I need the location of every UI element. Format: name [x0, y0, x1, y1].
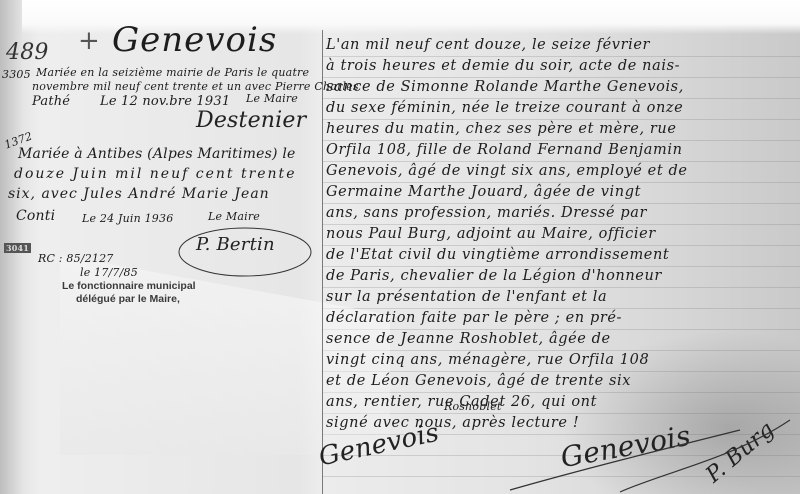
body-line: Germaine Marthe Jouard, âgée de vingt: [326, 184, 641, 200]
body-line: vingt cinq ans, ménagère, rue Orfila 108: [326, 352, 649, 368]
mark-number: 3041: [4, 243, 31, 253]
annotation-date: Le 24 Juin 1936: [82, 212, 173, 225]
register-page: 489 3305 + Genevois Mariée en la seizièm…: [0, 0, 800, 494]
body-line: sance de Simonne Rolande Marthe Genevois…: [326, 79, 684, 95]
body-line: sur la présentation de l'enfant et la: [326, 289, 607, 305]
annotation-line: Mariée à Antibes (Alpes Maritimes) le: [18, 146, 296, 162]
body-line: heures du matin, chez ses père et mère, …: [326, 121, 677, 137]
record-number: 489: [6, 40, 49, 65]
mayor-signature: P. Bertin: [196, 234, 275, 255]
stamp-line: délégué par le Maire,: [76, 293, 180, 305]
signature-flourish-icon: [500, 410, 800, 494]
annotation-line: six, avec Jules André Marie Jean: [8, 186, 270, 202]
body-line: Orfila 108, fille de Roland Fernand Benj…: [326, 142, 683, 158]
body-line: ans, sans profession, mariés. Dressé par: [326, 205, 647, 221]
annotation-line: Pathé: [32, 94, 70, 109]
annotation-line: douze Juin mil neuf cent trente: [14, 166, 296, 182]
annotation-mayor-label: Le Maire: [246, 92, 298, 105]
body-line: déclaration faite par le père ; en pré-: [326, 310, 622, 326]
body-line: de l'Etat civil du vingtième arrondissem…: [326, 247, 669, 263]
mayor-signature: Destenier: [196, 108, 306, 133]
annotation-date: Le 12 nov.bre 1931: [100, 94, 230, 109]
cross-mark: +: [78, 26, 100, 56]
signature-witness: Roshoblet: [444, 400, 502, 413]
body-line: sence de Jeanne Roshoblet, âgée de: [326, 331, 611, 347]
rc-date: le 17/7/85: [80, 266, 138, 279]
surname-heading: Genevois: [112, 20, 277, 60]
body-line: L'an mil neuf cent douze, le seize févri…: [326, 37, 650, 53]
annotation-line: novembre mil neuf cent trente et un avec…: [32, 80, 359, 93]
body-line: et de Léon Genevois, âgé de trente six: [326, 373, 631, 389]
annotation-line: Conti: [16, 208, 55, 224]
body-line: nous Paul Burg, adjoint au Maire, offici…: [326, 226, 656, 242]
body-line: Genevois, âgé de vingt six ans, employé …: [326, 163, 688, 179]
margin-rule: [322, 30, 323, 494]
annotation-line: Mariée en la seizième mairie de Paris le…: [36, 66, 309, 79]
reference-number: 3305: [2, 68, 31, 81]
rc-number: RC : 85/2127: [38, 252, 114, 265]
body-line: de Paris, chevalier de la Légion d'honne…: [326, 268, 662, 284]
stamp-line: Le fonctionnaire municipal: [62, 280, 196, 292]
body-line: à trois heures et demie du soir, acte de…: [326, 58, 680, 74]
body-line: du sexe féminin, née le treize courant à…: [326, 100, 683, 116]
